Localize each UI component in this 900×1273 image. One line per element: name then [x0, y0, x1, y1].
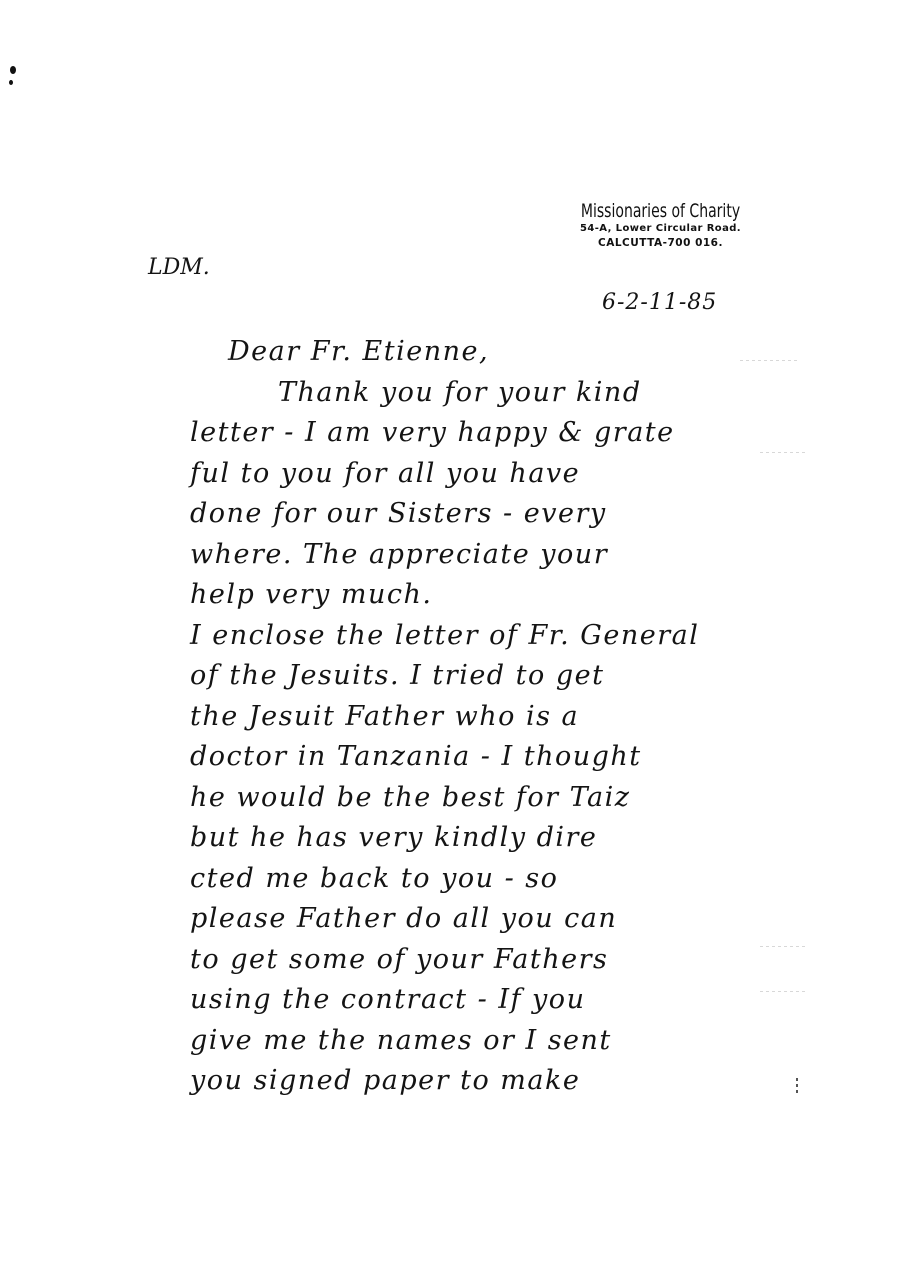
- letterhead-city: CALCUTTA-700 016.: [548, 236, 773, 250]
- body-line: doctor in Tanzania - I thought: [190, 737, 800, 778]
- letterhead-address: 54-A, Lower Circular Road.: [548, 222, 773, 236]
- letter-date: 6-2-11-85: [602, 290, 717, 315]
- body-line: you signed paper to make: [190, 1061, 800, 1102]
- body-line: the Jesuit Father who is a: [190, 697, 800, 738]
- letterhead-stamp: Missionaries of Charity 54-A, Lower Circ…: [548, 200, 773, 250]
- body-line: but he has very kindly dire: [190, 818, 800, 859]
- body-line: cted me back to you - so: [190, 859, 800, 900]
- body-line: he would be the best for Taiz: [190, 778, 800, 819]
- ink-speck: [9, 80, 13, 85]
- scan-mark: [796, 1078, 798, 1096]
- body-line: done for our Sisters - every: [190, 494, 800, 535]
- body-line: help very much.: [190, 575, 800, 616]
- body-line: give me the names or I sent: [190, 1021, 800, 1062]
- body-line: Thank you for your kind: [190, 373, 800, 414]
- letterhead-organization: Missionaries of Charity: [568, 200, 753, 222]
- body-line: I enclose the letter of Fr. General: [190, 616, 800, 657]
- letter-body: Dear Fr. Etienne, Thank you for your kin…: [190, 332, 800, 1102]
- body-line: to get some of your Fathers: [190, 940, 800, 981]
- letter-page: Missionaries of Charity 54-A, Lower Circ…: [0, 0, 900, 1273]
- body-line: using the contract - If you: [190, 980, 800, 1021]
- body-line: ful to you for all you have: [190, 454, 800, 495]
- ink-speck: [10, 66, 16, 74]
- body-line: of the Jesuits. I tried to get: [190, 656, 800, 697]
- body-line: where. The appreciate your: [190, 535, 800, 576]
- salutation: Dear Fr. Etienne,: [190, 332, 800, 373]
- reference-mark: LDM.: [148, 255, 210, 280]
- body-line: please Father do all you can: [190, 899, 800, 940]
- body-line: letter - I am very happy & grate: [190, 413, 800, 454]
